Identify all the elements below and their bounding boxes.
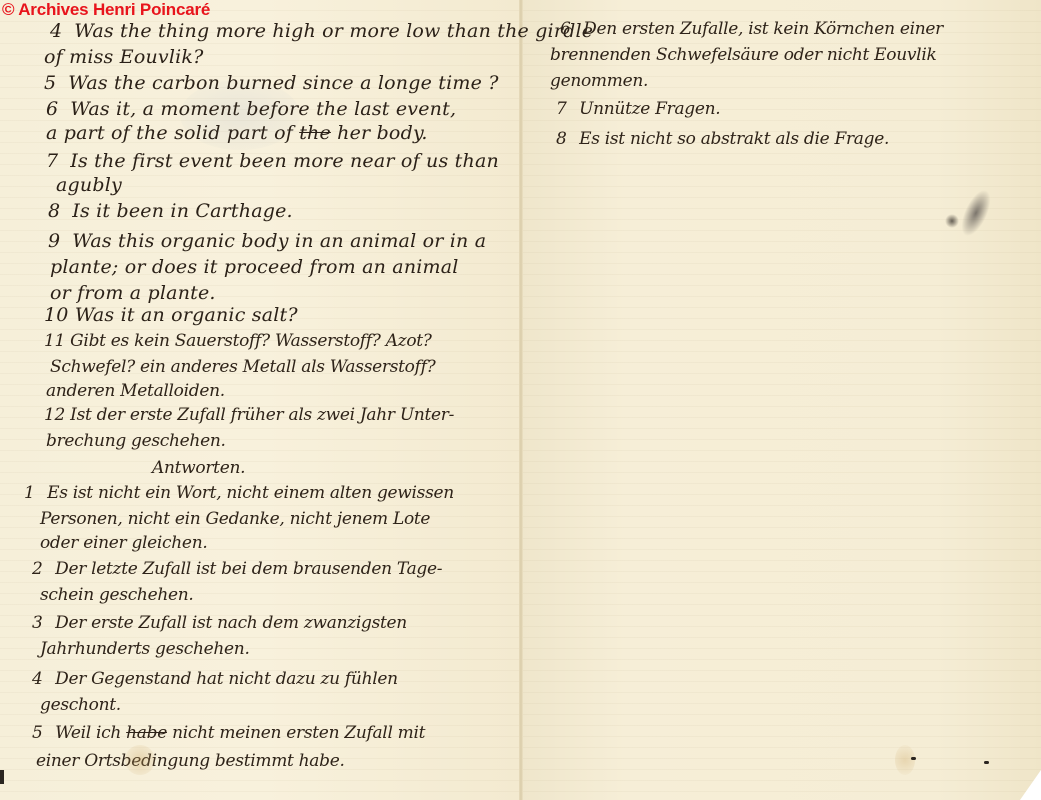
ink-spot-mark [945, 214, 959, 228]
paper-stain [895, 745, 915, 775]
question-line: 10 Was it an organic salt? [44, 302, 298, 328]
question-line: Schwefel? ein anderes Metall als Wassers… [50, 354, 435, 380]
struck-word: the [299, 122, 331, 144]
manuscript-spread: © Archives Henri Poincaré 4 Was the thin… [0, 0, 1041, 800]
struck-word: habe [126, 723, 167, 743]
ink-edge-mark [0, 770, 4, 784]
question-line: 11 Gibt es kein Sauerstoff? Wasserstoff?… [44, 328, 432, 354]
question-line: 9 Was this organic body in an animal or … [48, 228, 486, 254]
answer-line: Jahrhunderts geschehen. [40, 636, 250, 662]
answer-line: oder einer gleichen. [40, 530, 207, 556]
question-line: of miss Eouvlik? [44, 44, 203, 70]
question-line: 6 Was it, a moment before the last event… [46, 96, 456, 122]
answer-line: 6 Den ersten Zufalle, ist kein Körnchen … [560, 16, 943, 42]
question-line: plante; or does it proceed from an anima… [50, 254, 459, 280]
answer-line: Personen, nicht ein Gedanke, nicht jenem… [40, 506, 430, 532]
question-line: 4 Was the thing more high or more low th… [50, 18, 593, 44]
answer-line: 3 Der erste Zufall ist nach dem zwanzigs… [32, 610, 407, 636]
ink-dot [984, 761, 989, 764]
page-fold [519, 0, 523, 800]
answer-line: 7 Unnütze Fragen. [556, 96, 720, 122]
question-line: brechung geschehen. [46, 428, 226, 454]
ink-dot [911, 757, 916, 760]
question-line: 8 Is it been in Carthage. [48, 198, 293, 224]
answer-line: 8 Es ist nicht so abstrakt als die Frage… [556, 126, 889, 152]
answer-line: 1 Es ist nicht ein Wort, nicht einem alt… [24, 480, 454, 506]
answer-line: einer Ortsbedingung bestimmt habe. [36, 748, 345, 774]
answer-line: genommen. [550, 68, 648, 94]
paper-stain [125, 745, 155, 775]
question-line: a part of the solid part of the her body… [46, 120, 428, 146]
question-line: 7 Is the first event been more near of u… [46, 148, 499, 174]
answer-line: 2 Der letzte Zufall ist bei dem brausend… [32, 556, 442, 582]
question-line: 5 Was the carbon burned since a longe ti… [44, 70, 499, 96]
answers-heading: Antworten. [152, 455, 245, 481]
answer-line: brennenden Schwefelsäure oder nicht Eouv… [550, 42, 936, 68]
copyright-watermark: © Archives Henri Poincaré [2, 0, 210, 20]
answer-line: schein geschehen. [40, 582, 194, 608]
question-line: agubly [56, 172, 122, 198]
question-line: anderen Metalloiden. [46, 378, 225, 404]
answer-line: geschont. [40, 692, 121, 718]
question-line: 12 Ist der erste Zufall früher als zwei … [44, 402, 454, 428]
answer-line: 4 Der Gegenstand hat nicht dazu zu fühle… [32, 666, 398, 692]
answer-line: 5 Weil ich habe nicht meinen ersten Zufa… [32, 720, 425, 746]
